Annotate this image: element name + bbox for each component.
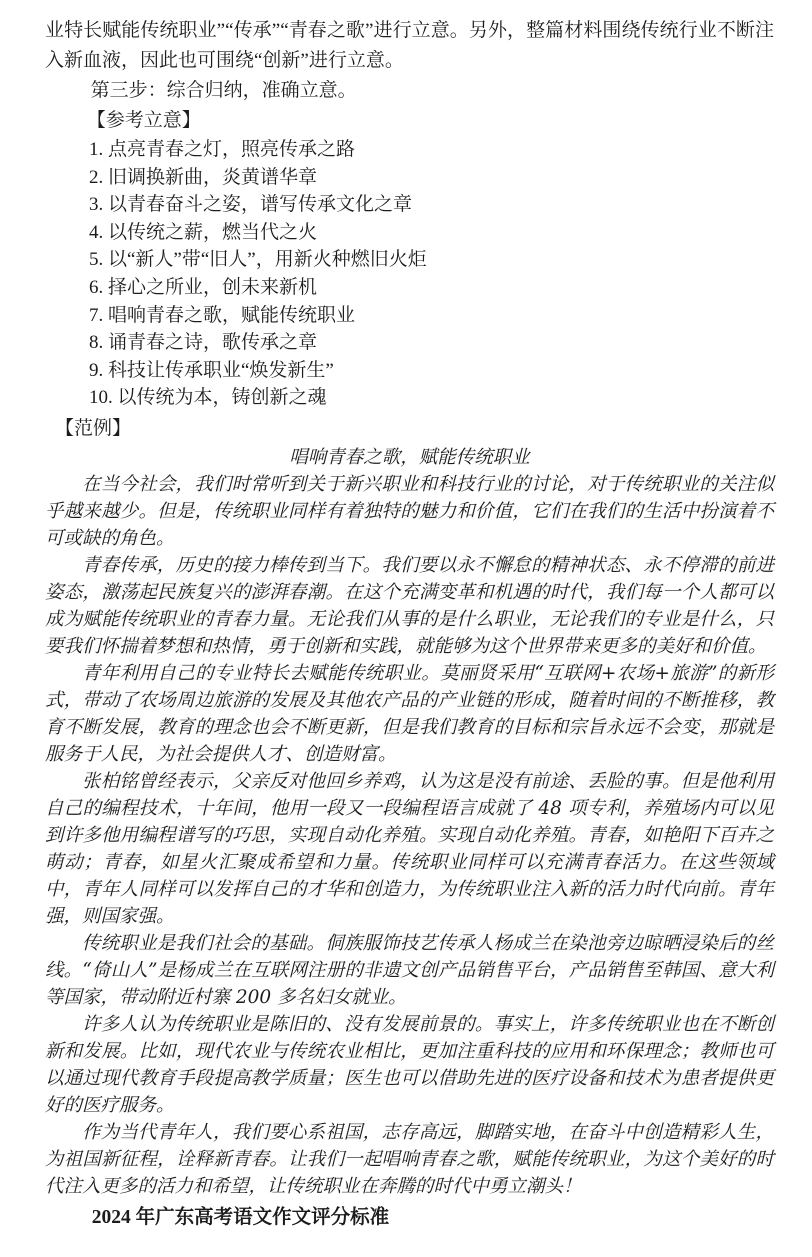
essay-paragraph: 在当今社会，我们时常听到关于新兴职业和科技行业的讨论，对于传统职业的关注似乎越来… (45, 471, 774, 552)
analysis-section: 业特长赋能传统职业”“传承”“青春之歌”进行立意。另外，整篇材料围绕传统行业不断… (45, 16, 774, 136)
example-essay: 唱响青春之歌，赋能传统职业 在当今社会，我们时常听到关于新兴职业和科技行业的讨论… (45, 444, 774, 1200)
essay-paragraph: 许多人认为传统职业是陈旧的、没有发展前景的。事实上，许多传统职业也在不断创新和发… (45, 1011, 774, 1119)
reference-ideas-header: 【参考立意】 (45, 106, 774, 136)
analysis-step-line: 第三步：综合归纳，准确立意。 (45, 76, 774, 106)
analysis-continuation-paragraph: 业特长赋能传统职业”“传承”“青春之歌”进行立意。另外，整篇材料围绕传统行业不断… (45, 16, 774, 76)
reference-idea-item: 3. 以青春奋斗之姿，谱写传承文化之章 (89, 191, 774, 219)
reference-idea-item: 8. 诵青春之诗，歌传承之章 (89, 329, 774, 357)
reference-ideas-list: 1. 点亮青春之灯，照亮传承之路 2. 旧调换新曲，炎黄谱华章 3. 以青春奋斗… (45, 136, 774, 412)
essay-title: 唱响青春之歌，赋能传统职业 (45, 444, 774, 471)
reference-idea-item: 1. 点亮青春之灯，照亮传承之路 (89, 136, 774, 164)
reference-idea-item: 9. 科技让传承职业“焕发新生” (89, 357, 774, 385)
reference-idea-item: 4. 以传统之薪，燃当代之火 (89, 219, 774, 247)
scoring-standard-heading: 2024 年广东高考语文作文评分标准 (45, 1203, 774, 1233)
essay-paragraph: 传统职业是我们社会的基础。侗族服饰技艺传承人杨成兰在染池旁边晾晒浸染后的丝线。“… (45, 930, 774, 1011)
reference-idea-item: 5. 以“新人”带“旧人”，用新火种燃旧火炬 (89, 246, 774, 274)
reference-idea-item: 7. 唱响青春之歌，赋能传统职业 (89, 302, 774, 330)
reference-idea-item: 10. 以传统为本，铸创新之魂 (89, 384, 774, 412)
document-page: 业特长赋能传统职业”“传承”“青春之歌”进行立意。另外，整篇材料围绕传统行业不断… (0, 0, 812, 1257)
reference-idea-item: 6. 择心之所业，创未来新机 (89, 274, 774, 302)
reference-idea-item: 2. 旧调换新曲，炎黄谱华章 (89, 164, 774, 192)
essay-paragraph: 青春传承，历史的接力棒传到当下。我们要以永不懈怠的精神状态、永不停滞的前进姿态，… (45, 552, 774, 660)
essay-paragraph: 青年利用自己的专业特长去赋能传统职业。莫丽贤采用“互联网+农场+旅游”的新形式，… (45, 660, 774, 768)
essay-paragraph: 张柏铭曾经表示，父亲反对他回乡养鸡，认为这是没有前途、丢脸的事。但是他利用自己的… (45, 768, 774, 930)
essay-paragraph: 作为当代青年人，我们要心系祖国，志存高远，脚踏实地，在奋斗中创造精彩人生，为祖国… (45, 1119, 774, 1200)
example-header: 【范例】 (55, 414, 774, 443)
